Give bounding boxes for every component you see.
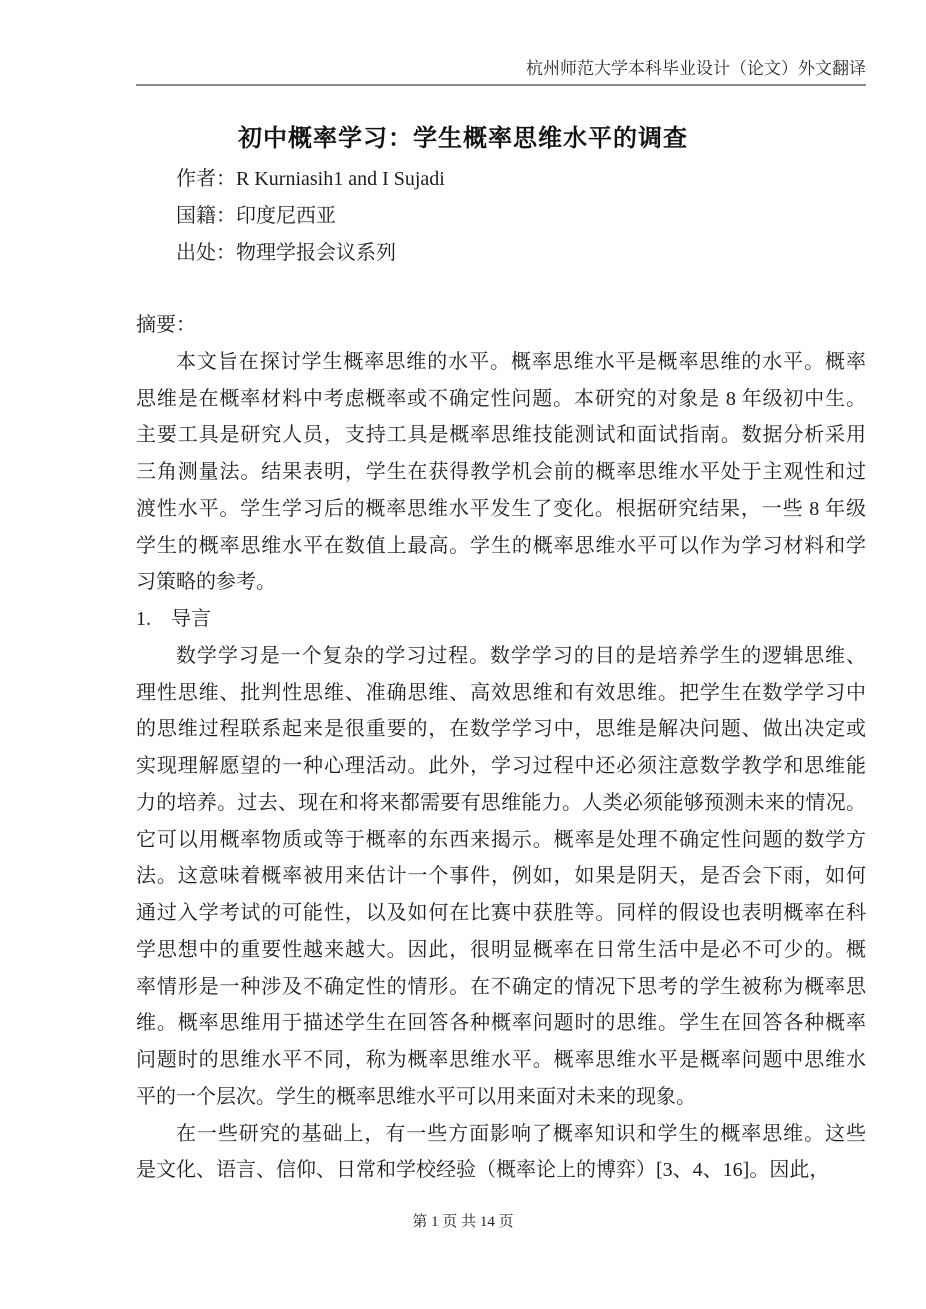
text-line: 理性思维、批判性思维、准确思维、高效思维和有效思维。把学生在数学学习中 [136, 675, 866, 712]
header-text: 杭州师范大学本科毕业设计（论文）外文翻译 [526, 59, 866, 78]
text-line: 法。这意味着概率被用来估计一个事件，例如，如果是阴天，是否会下雨，如何 [136, 858, 866, 895]
text-line: 思维是在概率材料中考虑概率或不确定性问题。本研究的对象是 8 年级初中生。 [136, 381, 866, 418]
page-title: 初中概率学习：学生概率思维水平的调查 [0, 118, 926, 153]
text-line: 它可以用概率物质或等于概率的东西来揭示。概率是处理不确定性问题的数学方 [136, 822, 866, 859]
text-line: 在一些研究的基础上，有一些方面影响了概率知识和学生的概率思维。这些 [136, 1116, 866, 1153]
text-line: 渡性水平。学生学习后的概率思维水平发生了变化。根据研究结果，一些 8 年级 [136, 491, 866, 528]
text-line: 三角测量法。结果表明，学生在获得教学机会前的概率思维水平处于主观性和过 [136, 454, 866, 491]
meta-nationality: 国籍：印度尼西亚 [176, 198, 866, 235]
page-header: 杭州师范大学本科毕业设计（论文）外文翻译 [136, 58, 866, 86]
text-line: 主要工具是研究人员，支持工具是概率思维技能测试和面试指南。数据分析采用 [136, 417, 866, 454]
meta-block: 作者：R Kurniasih1 and I Sujadi国籍：印度尼西亚出处：物… [176, 161, 866, 271]
text-line: 问题时的思维水平不同，称为概率思维水平。概率思维水平是概率问题中思维水 [136, 1042, 866, 1079]
text-line: 通过入学考试的可能性，以及如何在比赛中获胜等。同样的假设也表明概率在科 [136, 895, 866, 932]
text-line: 学生的概率思维水平在数值上最高。学生的概率思维水平可以作为学习材料和学 [136, 528, 866, 565]
meta-author: 作者：R Kurniasih1 and I Sujadi [176, 161, 866, 198]
footer-text: 第 1 页 共 14 页 [412, 1214, 513, 1230]
text-line: 习策略的参考。 [136, 564, 866, 601]
text-line: 数学学习是一个复杂的学习过程。数学学习的目的是培养学生的逻辑思维、 [136, 638, 866, 675]
text-line: 维。概率思维用于描述学生在回答各种概率问题时的思维。学生在回答各种概率 [136, 1005, 866, 1042]
text-line: 力的培养。过去、现在和将来都需要有思维能力。人类必须能够预测未来的情况。 [136, 785, 866, 822]
text-line: 的思维过程联系起来是很重要的，在数学学习中，思维是解决问题、做出决定或 [136, 711, 866, 748]
page-footer: 第 1 页 共 14 页 [0, 1210, 926, 1231]
abstract-label: 摘要： [136, 307, 866, 344]
text-line: 学思想中的重要性越来越大。因此，很明显概率在日常生活中是必不可少的。概 [136, 932, 866, 969]
section-heading: 1. 导言 [136, 601, 866, 638]
text-line: 是文化、语言、信仰、日常和学校经验（概率论上的博弈）[3、4、16]。因此， [136, 1152, 866, 1189]
text-line: 率情形是一种涉及不确定性的情形。在不确定的情况下思考的学生被称为概率思 [136, 969, 866, 1006]
body-text: 摘要：本文旨在探讨学生概率思维的水平。概率思维水平是概率思维的水平。概率思维是在… [136, 307, 866, 1189]
text-line: 本文旨在探讨学生概率思维的水平。概率思维水平是概率思维的水平。概率 [136, 344, 866, 381]
document-page: 杭州师范大学本科毕业设计（论文）外文翻译 初中概率学习：学生概率思维水平的调查 … [0, 0, 926, 1309]
text-line: 平的一个层次。学生的概率思维水平可以用来面对未来的现象。 [136, 1079, 866, 1116]
text-line: 实现理解愿望的一种心理活动。此外，学习过程中还必须注意数学教学和思维能 [136, 748, 866, 785]
meta-source: 出处：物理学报会议系列 [176, 235, 866, 272]
